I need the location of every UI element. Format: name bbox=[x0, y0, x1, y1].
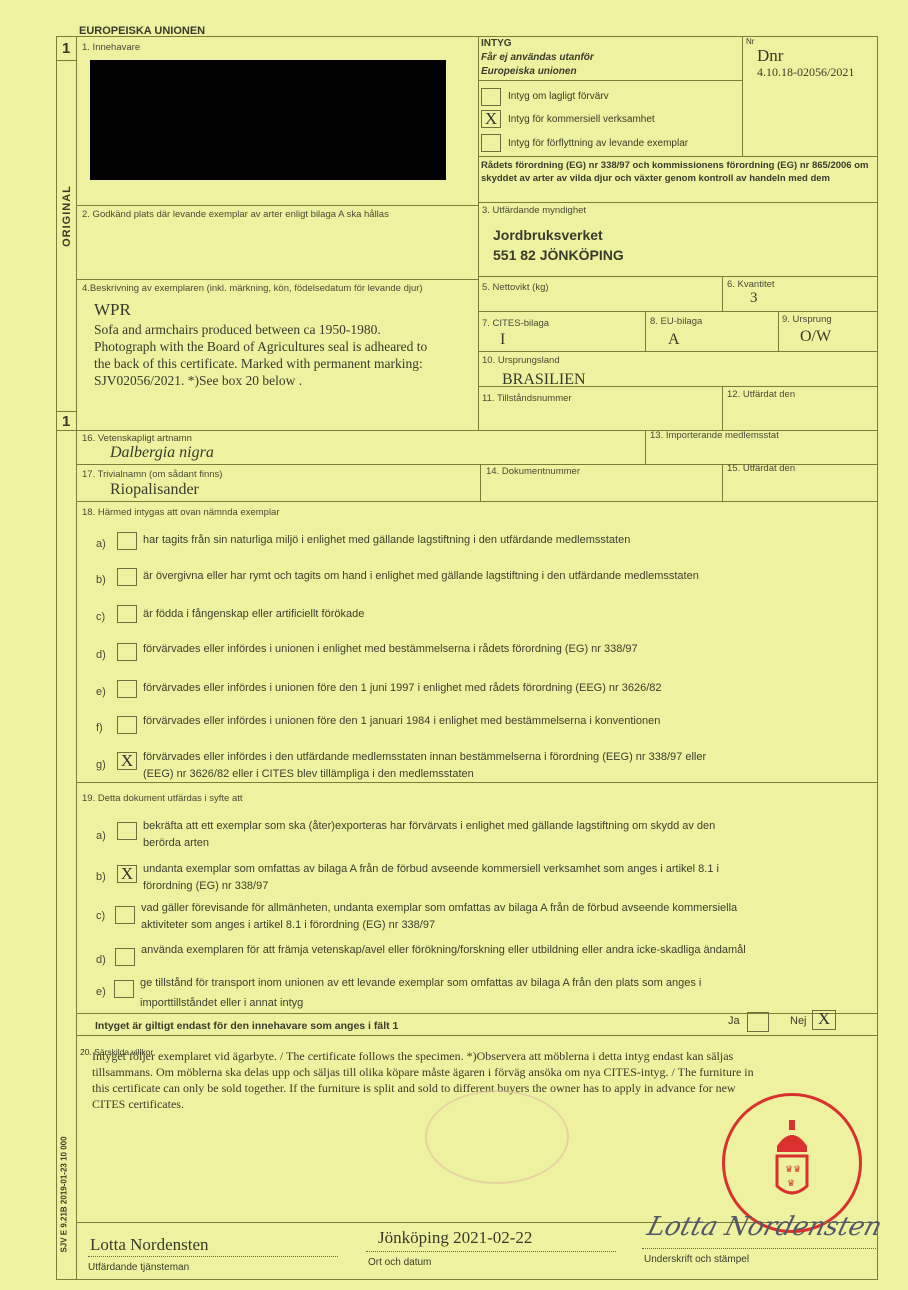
eu-annex-value: A bbox=[668, 331, 680, 349]
option-18c-text: är födda i fångenskap eller artificiellt… bbox=[143, 606, 364, 622]
field-12-label: 12. Utfärdat den bbox=[727, 389, 795, 400]
nr-label: Nr bbox=[746, 37, 754, 46]
option-18c-letter: c) bbox=[96, 611, 105, 623]
option-18g-checkbox[interactable]: X bbox=[117, 752, 137, 770]
type-commercial-checkbox[interactable]: X bbox=[481, 110, 501, 128]
place-date-label: Ort och datum bbox=[368, 1257, 431, 1268]
option-19c-checkbox[interactable] bbox=[115, 906, 135, 924]
validity-yes-checkbox[interactable] bbox=[747, 1012, 769, 1032]
option-19d-checkbox[interactable] bbox=[115, 948, 135, 966]
field-4-label: 4.Beskrivning av exemplaren (inkl. märkn… bbox=[82, 283, 423, 294]
description-line-4: SJV02056/2021. *)See box 20 below . bbox=[94, 373, 302, 389]
copy-number-bottom: 1 bbox=[62, 413, 70, 430]
form-code: SJV E 9.21B 2019-01-23 10 000 bbox=[60, 1115, 69, 1275]
option-18d-letter: d) bbox=[96, 649, 106, 661]
field-1-label: 1. Innehavare bbox=[82, 42, 140, 53]
option-18f-checkbox[interactable] bbox=[117, 716, 137, 734]
nr-value-line2: 4.10.18-02056/2021 bbox=[757, 65, 854, 80]
option-18a-letter: a) bbox=[96, 538, 106, 550]
option-18b-text: är övergivna eller har rymt och tagits o… bbox=[143, 568, 699, 584]
field-17-label: 17. Trivialnamn (om sådant finns) bbox=[82, 469, 222, 480]
field-3-label: 3. Utfärdande myndighet bbox=[482, 205, 586, 216]
issuing-authority-address: 551 82 JÖNKÖPING bbox=[493, 247, 624, 263]
common-name-value: Riopalisander bbox=[110, 481, 199, 499]
field-14-label: 14. Dokumentnummer bbox=[486, 466, 580, 477]
option-18d-checkbox[interactable] bbox=[117, 643, 137, 661]
description-line-3: the back of this certificate. Marked wit… bbox=[94, 356, 423, 372]
field-2-label: 2. Godkänd plats där levande exemplar av… bbox=[82, 209, 389, 220]
option-19b-text: undanta exemplar som omfattas av bilaga … bbox=[143, 861, 719, 877]
field-10-label: 10. Ursprungsland bbox=[482, 355, 560, 366]
option-18e-letter: e) bbox=[96, 686, 106, 698]
option-18f-text: förvärvades eller infördes i unionen för… bbox=[143, 713, 660, 729]
field-6-label: 6. Kvantitet bbox=[727, 279, 775, 290]
option-19a-text: bekräfta att ett exemplar som ska (åter)… bbox=[143, 818, 715, 834]
option-19d-text: använda exemplaren för att främja vetens… bbox=[141, 942, 746, 958]
svg-text:♛♛: ♛♛ bbox=[785, 1165, 801, 1175]
copy-number-top: 1 bbox=[62, 40, 70, 57]
official-label: Utfärdande tjänsteman bbox=[88, 1262, 189, 1273]
option-19e-text: ge tillstånd för transport inom unionen … bbox=[140, 975, 701, 991]
field-13-label: 13. Importerande medlemsstat bbox=[650, 430, 779, 441]
copy-type-label: ORIGINAL bbox=[61, 179, 73, 253]
field-16-label: 16. Vetenskapligt artnamn bbox=[82, 433, 192, 444]
special-conditions-line-4: CITES certificates. bbox=[92, 1097, 184, 1112]
signature: Lotta Nordensten bbox=[644, 1212, 885, 1242]
field-11-label: 11. Tillståndsnummer bbox=[482, 393, 572, 404]
svg-text:♛: ♛ bbox=[787, 1179, 795, 1189]
regulation-text: Rådets förordning (EG) nr 338/97 och kom… bbox=[481, 159, 876, 185]
scientific-name-value: Dalbergia nigra bbox=[110, 444, 214, 462]
option-18g-text: förvärvades eller infördes i den utfärda… bbox=[143, 749, 706, 765]
option-19d-letter: d) bbox=[96, 954, 106, 966]
official-name: Lotta Nordensten bbox=[90, 1235, 209, 1255]
option-19b-checkbox[interactable]: X bbox=[117, 865, 137, 883]
type-lawful-acquisition-label: Intyg om lagligt förvärv bbox=[508, 91, 609, 102]
option-18a-text: har tagits från sin naturliga miljö i en… bbox=[143, 532, 630, 548]
type-lawful-acquisition-checkbox[interactable] bbox=[481, 88, 501, 106]
certificate-title: INTYG bbox=[481, 38, 512, 49]
certificate-subtitle-2: Europeiska unionen bbox=[481, 66, 577, 77]
option-18f-letter: f) bbox=[96, 722, 103, 734]
field-5-label: 5. Nettovikt (kg) bbox=[482, 282, 549, 293]
option-18g-letter: g) bbox=[96, 759, 106, 771]
option-18c-checkbox[interactable] bbox=[117, 605, 137, 623]
signature-label: Underskrift och stämpel bbox=[644, 1254, 749, 1265]
embossed-seal bbox=[425, 1090, 569, 1184]
option-18b-checkbox[interactable] bbox=[117, 568, 137, 586]
option-19b-letter: b) bbox=[96, 871, 106, 883]
option-19c-letter: c) bbox=[96, 910, 105, 922]
section-18-label: 18. Härmed intygas att ovan nämnda exemp… bbox=[82, 507, 280, 518]
validity-no-checkbox[interactable]: X bbox=[812, 1010, 836, 1030]
quantity-value: 3 bbox=[750, 290, 758, 307]
special-conditions-line-1: Intyget följer exemplaret vid ägarbyte. … bbox=[92, 1049, 733, 1064]
field-15-label: 15. Utfärdat den bbox=[727, 463, 795, 474]
description-title: WPR bbox=[94, 300, 131, 320]
option-19b-text-2: förordning (EG) nr 338/97 bbox=[143, 878, 268, 894]
certificate-subtitle-1: Får ej användas utanför bbox=[481, 52, 594, 63]
field-7-label: 7. CITES-bilaga bbox=[482, 318, 549, 329]
validity-no-label: Nej bbox=[790, 1015, 807, 1027]
cites-appendix-value: I bbox=[500, 331, 505, 349]
option-18g-text-2: (EEG) nr 3626/82 eller i CITES blev till… bbox=[143, 766, 474, 782]
special-conditions-line-2: tillsammans. Om möblerna ska delas upp o… bbox=[92, 1065, 754, 1080]
nr-value-line1: Dnr bbox=[757, 46, 783, 66]
option-19a-letter: a) bbox=[96, 830, 106, 842]
origin-value: O/W bbox=[800, 328, 831, 346]
option-19a-checkbox[interactable] bbox=[117, 822, 137, 840]
option-18a-checkbox[interactable] bbox=[117, 532, 137, 550]
option-19e-text-2: importtillståndet eller i annat intyg bbox=[140, 995, 303, 1011]
validity-text: Intyget är giltigt endast för den inneha… bbox=[95, 1020, 398, 1032]
special-conditions-line-3: this certificate can only be sold togeth… bbox=[92, 1081, 736, 1096]
crown-shield-icon: ♛♛ ♛ bbox=[725, 1096, 859, 1230]
option-18d-text: förvärvades eller infördes i unionen i e… bbox=[143, 641, 638, 657]
field-9-label: 9. Ursprung bbox=[782, 314, 832, 325]
type-live-movement-label: Intyg för förflyttning av levande exempl… bbox=[508, 138, 688, 149]
issuing-authority-name: Jordbruksverket bbox=[493, 227, 603, 243]
place-date-value: Jönköping 2021-02-22 bbox=[378, 1228, 532, 1248]
description-line-1: Sofa and armchairs produced between ca 1… bbox=[94, 322, 381, 338]
option-19c-text-2: aktiviteter som anges i artikel 8.1 i fö… bbox=[141, 917, 435, 933]
option-19a-text-2: berörda arten bbox=[143, 835, 209, 851]
section-19-label: 19. Detta dokument utfärdas i syfte att bbox=[82, 793, 243, 804]
option-19e-letter: e) bbox=[96, 986, 106, 998]
option-19c-text: vad gäller förevisande för allmänheten, … bbox=[141, 900, 737, 916]
option-18e-text: förvärvades eller infördes i unionen för… bbox=[143, 680, 662, 696]
description-line-2: Photograph with the Board of Agriculture… bbox=[94, 339, 427, 355]
type-live-movement-checkbox[interactable] bbox=[481, 134, 501, 152]
redacted-holder bbox=[90, 60, 446, 180]
field-8-label: 8. EU-bilaga bbox=[650, 316, 702, 327]
validity-yes-label: Ja bbox=[728, 1015, 740, 1027]
type-commercial-label: Intyg för kommersiell verksamhet bbox=[508, 114, 655, 125]
option-18b-letter: b) bbox=[96, 574, 106, 586]
option-18e-checkbox[interactable] bbox=[117, 680, 137, 698]
option-19e-checkbox[interactable] bbox=[114, 980, 134, 998]
